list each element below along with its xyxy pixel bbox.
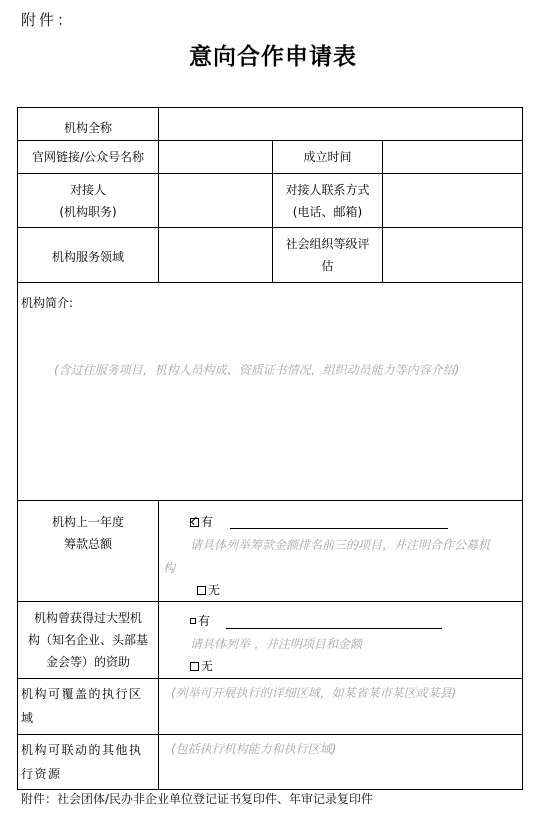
contact-person-sublabel: (机构职务) (59, 201, 116, 223)
label-founded: 成立时间 (273, 141, 383, 174)
label-org-full-name: 机构全称 (18, 108, 159, 141)
fundraising-yes-input-line[interactable] (230, 528, 448, 529)
contact-info-label: 对接人联系方式 (285, 179, 369, 201)
fundraising-yes-checkbox[interactable] (190, 518, 199, 527)
fundraising-label-cont: 筹款总额 (64, 533, 112, 555)
contact-person-label: 对接人 (70, 179, 106, 201)
rating-field[interactable] (383, 228, 523, 283)
grants-label-cont2: 金会等）的资助 (46, 651, 130, 673)
label-resources: 机构可联动的其他执 行资源 (18, 735, 159, 790)
coverage-field[interactable]: (列举可开展执行的详细区域，如某省某市某区或某县) (159, 679, 523, 735)
fundraising-yes-label: 有 (201, 511, 213, 533)
grants-label-cont: 构（知名企业、头部基 (28, 629, 148, 651)
fundraising-hint-cont: 构 (163, 557, 175, 579)
intro-label: 机构简介: (21, 292, 73, 314)
label-grants: 机构曾获得过大型机 构（知名企业、头部基 金会等）的资助 (18, 602, 159, 679)
grants-yes-label: 有 (198, 610, 210, 632)
contact-info-field[interactable] (383, 174, 523, 228)
service-area-field[interactable] (159, 228, 273, 283)
grants-yes-checkbox[interactable] (190, 618, 196, 624)
fundraising-no-checkbox[interactable] (197, 586, 206, 595)
coverage-label-cont: 域 (21, 706, 35, 730)
label-service-area: 机构服务领域 (18, 228, 159, 283)
fundraising-label: 机构上一年度 (52, 511, 124, 533)
contact-person-field[interactable] (159, 174, 273, 228)
page-title: 意向合作申请表 (0, 38, 546, 71)
label-contact-person: 对接人 (机构职务) (18, 174, 159, 228)
org-full-name-field[interactable] (159, 108, 523, 141)
label-contact-info: 对接人联系方式 (电话、邮箱) (273, 174, 383, 228)
grants-no-label: 无 (201, 655, 213, 677)
grants-label: 机构曾获得过大型机 (34, 607, 142, 629)
org-full-name-label: 机构全称 (64, 109, 112, 139)
intro-field[interactable]: 机构简介: (含过往服务项目，机构人员构成、资质证书情况，组织动员能力等内容介绍… (18, 283, 523, 501)
fundraising-field: 有 请具体列举筹款金额排名前三的项目，并注明合作公募机 构 无 (159, 501, 523, 602)
fundraising-hint: 请具体列举筹款金额排名前三的项目，并注明合作公募机 (190, 534, 490, 556)
grants-hint: 请具体列举 ，并注明项目和金额 (190, 633, 362, 655)
intro-hint: (含过往服务项目，机构人员构成、资质证书情况，组织动员能力等内容介绍) (54, 359, 459, 381)
resources-hint: (包括执行机构能力和执行区域) (171, 738, 336, 760)
resources-field[interactable]: (包括执行机构能力和执行区域) (159, 735, 523, 790)
founded-field[interactable] (383, 141, 523, 174)
resources-label: 机构可联动的其他执 (21, 738, 143, 762)
label-fundraising: 机构上一年度 筹款总额 (18, 501, 159, 602)
service-area-label: 机构服务领域 (52, 242, 124, 268)
label-rating: 社会组织等级评 估 (273, 228, 383, 283)
founded-label: 成立时间 (303, 146, 351, 168)
grants-field: 有 请具体列举 ，并注明项目和金额 无 (159, 602, 523, 679)
contact-info-sublabel: (电话、邮箱) (293, 201, 362, 223)
grants-yes-input-line[interactable] (226, 628, 442, 629)
fundraising-no-label: 无 (208, 579, 220, 601)
label-coverage: 机构可覆盖的执行区 域 (18, 679, 159, 735)
label-website: 官网链接/公众号名称 (18, 141, 159, 174)
rating-label-cont: 估 (321, 255, 333, 277)
cooperation-application-form: 机构全称 官网链接/公众号名称 成立时间 对接人 (机构职务) 对接人联系方式 … (17, 107, 523, 790)
resources-label-cont: 行资源 (21, 762, 62, 786)
website-label: 官网链接/公众号名称 (32, 146, 144, 168)
grants-no-checkbox[interactable] (190, 662, 199, 671)
attachment-label: 附件： (21, 9, 75, 30)
footnote: 附件：社会团体/民办非企业单位登记证书复印件、年审记录复印件 (21, 790, 373, 807)
coverage-label: 机构可覆盖的执行区 (21, 682, 143, 706)
coverage-hint: (列举可开展执行的详细区域，如某省某市某区或某县) (171, 682, 456, 704)
website-field[interactable] (159, 141, 273, 174)
rating-label: 社会组织等级评 (285, 233, 369, 255)
